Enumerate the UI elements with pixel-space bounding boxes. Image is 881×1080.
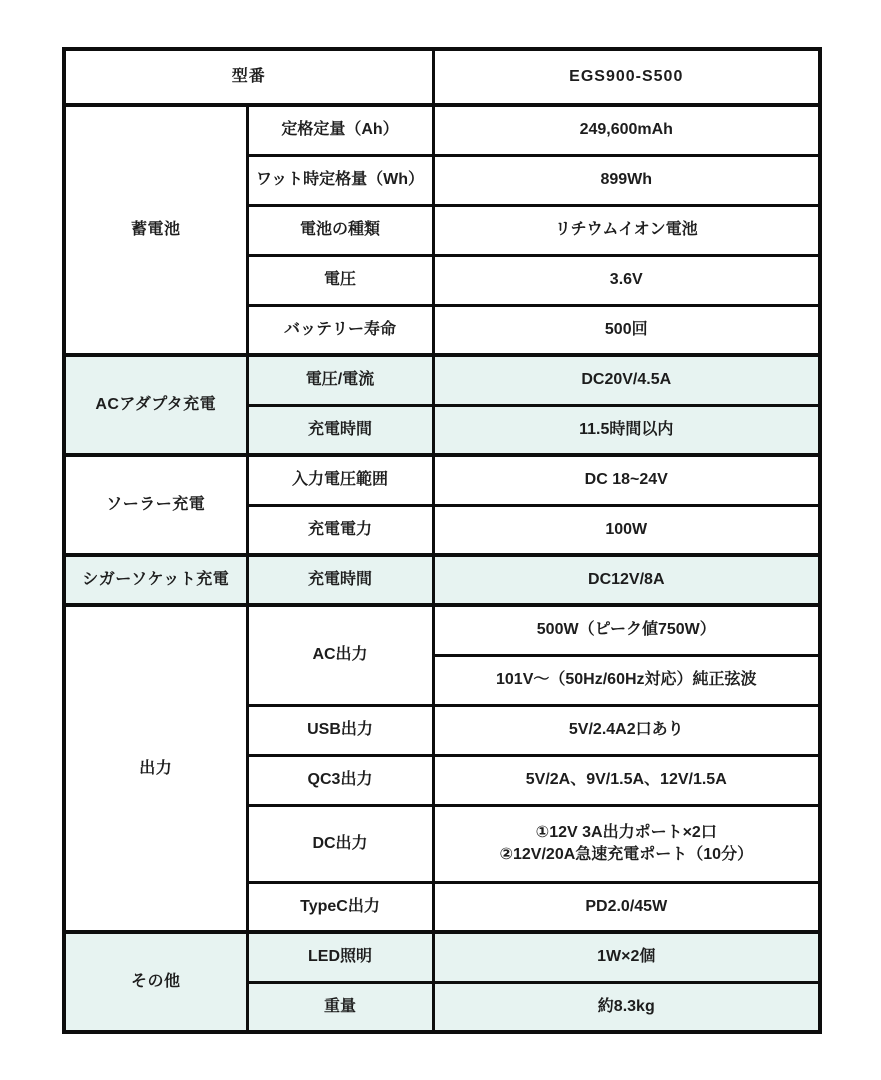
spec-row-value: PD2.0/45W	[433, 882, 820, 932]
table-row: シガーソケット充電 充電時間 DC12V/8A	[64, 555, 820, 605]
spec-row-value: 3.6V	[433, 255, 820, 305]
spec-row-label: TypeC出力	[247, 882, 433, 932]
spec-table: 型番 EGS900-S500 蓄電池 定格定量（Ah） 249,600mAh ワ…	[62, 47, 822, 1034]
spec-row-label: LED照明	[247, 932, 433, 982]
spec-row-label: 充電時間	[247, 405, 433, 455]
table-row: 出力 AC出力 500W（ピーク値750W）	[64, 605, 820, 655]
section-label-output: 出力	[64, 605, 247, 932]
spec-row-label: QC3出力	[247, 755, 433, 805]
spec-row-value: DC 18~24V	[433, 455, 820, 505]
table-row: 蓄電池 定格定量（Ah） 249,600mAh	[64, 105, 820, 155]
spec-row-value: 5V/2A、9V/1.5A、12V/1.5A	[433, 755, 820, 805]
spec-row-label: バッテリー寿命	[247, 305, 433, 355]
spec-row-label: USB出力	[247, 705, 433, 755]
spec-row-value: 100W	[433, 505, 820, 555]
spec-row-label: 電圧	[247, 255, 433, 305]
spec-row-label: AC出力	[247, 605, 433, 705]
spec-row-label: 定格定量（Ah）	[247, 105, 433, 155]
spec-row-value: ①12V 3A出力ポート×2口 ②12V/20A急速充電ポート（10分）	[433, 805, 820, 882]
spec-row-value: DC20V/4.5A	[433, 355, 820, 405]
spec-row-value: DC12V/8A	[433, 555, 820, 605]
table-row: その他 LED照明 1W×2個	[64, 932, 820, 982]
spec-row-value: 101V～（50Hz/60Hz対応）純正弦波	[433, 655, 820, 705]
section-label-solar-charge: ソーラー充電	[64, 455, 247, 555]
section-label-cigarette-socket-charge: シガーソケット充電	[64, 555, 247, 605]
spec-row-value: 約8.3kg	[433, 982, 820, 1032]
model-number-header: 型番	[64, 49, 433, 105]
section-label-other: その他	[64, 932, 247, 1032]
section-label-ac-adapter-charge: ACアダプタ充電	[64, 355, 247, 455]
spec-row-label: 電池の種類	[247, 205, 433, 255]
spec-row-label: ワット時定格量（Wh）	[247, 155, 433, 205]
spec-row-label: 充電電力	[247, 505, 433, 555]
section-label-battery: 蓄電池	[64, 105, 247, 355]
spec-sheet-page: 型番 EGS900-S500 蓄電池 定格定量（Ah） 249,600mAh ワ…	[0, 0, 881, 1080]
spec-row-value: 11.5時間以内	[433, 405, 820, 455]
spec-row-label: 入力電圧範囲	[247, 455, 433, 505]
spec-row-value: 500W（ピーク値750W）	[433, 605, 820, 655]
table-header-row: 型番 EGS900-S500	[64, 49, 820, 105]
spec-row-value: 500回	[433, 305, 820, 355]
spec-row-label: 重量	[247, 982, 433, 1032]
spec-row-label: 充電時間	[247, 555, 433, 605]
table-row: ACアダプタ充電 電圧/電流 DC20V/4.5A	[64, 355, 820, 405]
model-number-value: EGS900-S500	[433, 49, 820, 105]
spec-row-value: 5V/2.4A2口あり	[433, 705, 820, 755]
spec-row-value: 1W×2個	[433, 932, 820, 982]
table-row: ソーラー充電 入力電圧範囲 DC 18~24V	[64, 455, 820, 505]
spec-row-value: 899Wh	[433, 155, 820, 205]
spec-row-label: 電圧/電流	[247, 355, 433, 405]
spec-row-value: 249,600mAh	[433, 105, 820, 155]
spec-row-value: リチウムイオン電池	[433, 205, 820, 255]
spec-row-label: DC出力	[247, 805, 433, 882]
